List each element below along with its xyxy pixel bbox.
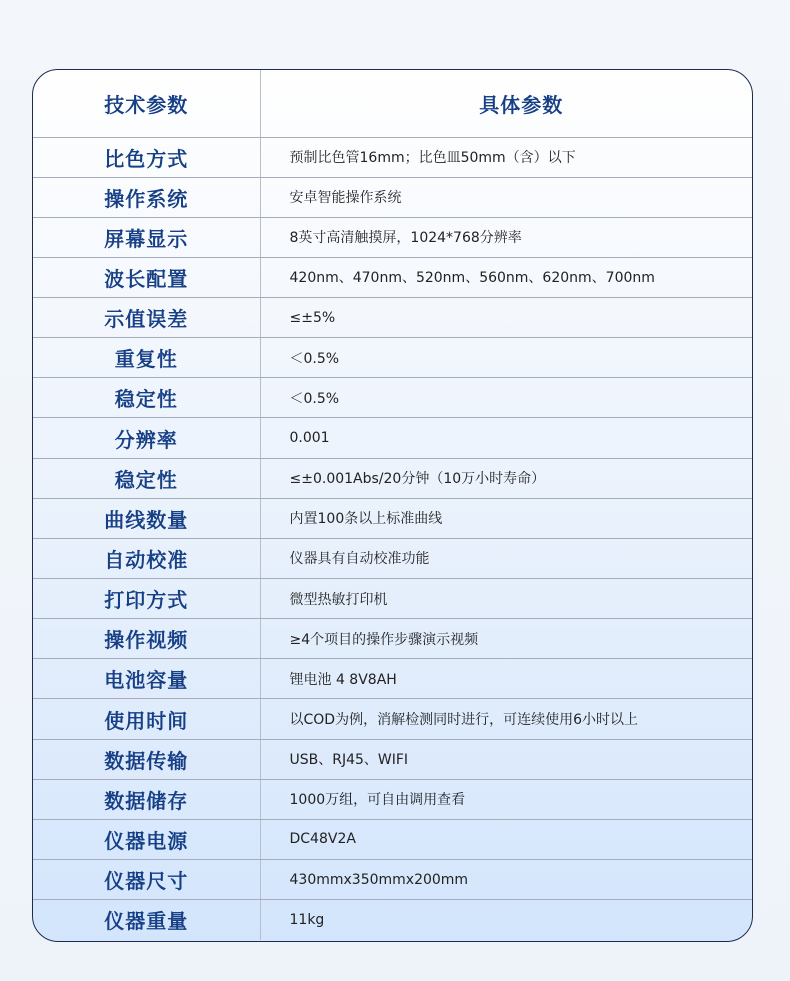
param-value: ≤±5% xyxy=(260,298,752,338)
table-row: 屏幕显示8英寸高清触摸屏，1024*768分辨率 xyxy=(33,217,752,257)
param-name: 示值误差 xyxy=(33,298,260,338)
param-name: 曲线数量 xyxy=(33,498,260,538)
param-name: 稳定性 xyxy=(33,378,260,418)
table-row: 操作系统安卓智能操作系统 xyxy=(33,177,752,217)
table-row: 稳定性＜0.5% xyxy=(33,378,752,418)
param-name: 操作视频 xyxy=(33,619,260,659)
param-value: 1000万组，可自由调用查看 xyxy=(260,779,752,819)
table-row: 操作视频≥4个项目的操作步骤演示视频 xyxy=(33,619,752,659)
param-value: 11kg xyxy=(260,900,752,940)
table-row: 仪器重量11kg xyxy=(33,900,752,940)
param-value: 内置100条以上标准曲线 xyxy=(260,498,752,538)
header-value: 具体参数 xyxy=(260,70,752,137)
param-value: 预制比色管16mm；比色皿50mm（含）以下 xyxy=(260,137,752,177)
param-value: 420nm、470nm、520nm、560nm、620nm、700nm xyxy=(260,257,752,297)
param-value: ≤±0.001Abs/20分钟（10万小时寿命） xyxy=(260,458,752,498)
param-name: 数据储存 xyxy=(33,779,260,819)
param-value: 仪器具有自动校准功能 xyxy=(260,538,752,578)
param-name: 使用时间 xyxy=(33,699,260,739)
param-name: 打印方式 xyxy=(33,579,260,619)
table-row: 曲线数量内置100条以上标准曲线 xyxy=(33,498,752,538)
table-row: 比色方式预制比色管16mm；比色皿50mm（含）以下 xyxy=(33,137,752,177)
table-row: 数据传输USB、RJ45、WIFI xyxy=(33,739,752,779)
param-name: 电池容量 xyxy=(33,659,260,699)
param-name: 操作系统 xyxy=(33,177,260,217)
param-name: 稳定性 xyxy=(33,458,260,498)
param-value: ＜0.5% xyxy=(260,378,752,418)
param-name: 仪器电源 xyxy=(33,819,260,859)
param-value: 以COD为例，消解检测同时进行，可连续使用6小时以上 xyxy=(260,699,752,739)
param-name: 自动校准 xyxy=(33,538,260,578)
param-name: 比色方式 xyxy=(33,137,260,177)
table-row: 电池容量锂电池 4 8V8AH xyxy=(33,659,752,699)
table-row: 重复性＜0.5% xyxy=(33,338,752,378)
table-row: 自动校准仪器具有自动校准功能 xyxy=(33,538,752,578)
table-row: 示值误差≤±5% xyxy=(33,298,752,338)
param-value: 0.001 xyxy=(260,418,752,458)
param-name: 重复性 xyxy=(33,338,260,378)
param-name: 波长配置 xyxy=(33,257,260,297)
table-row: 波长配置420nm、470nm、520nm、560nm、620nm、700nm xyxy=(33,257,752,297)
param-name: 屏幕显示 xyxy=(33,217,260,257)
table-row: 仪器电源DC48V2A xyxy=(33,819,752,859)
table-header-row: 技术参数 具体参数 xyxy=(33,70,752,137)
spec-table-card: 技术参数 具体参数 比色方式预制比色管16mm；比色皿50mm（含）以下 操作系… xyxy=(32,69,753,942)
param-name: 分辨率 xyxy=(33,418,260,458)
table-row: 稳定性≤±0.001Abs/20分钟（10万小时寿命） xyxy=(33,458,752,498)
table-row: 分辨率0.001 xyxy=(33,418,752,458)
table-row: 使用时间以COD为例，消解检测同时进行，可连续使用6小时以上 xyxy=(33,699,752,739)
param-value: 8英寸高清触摸屏，1024*768分辨率 xyxy=(260,217,752,257)
param-value: 430mmx350mmx200mm xyxy=(260,860,752,900)
header-param: 技术参数 xyxy=(33,70,260,137)
table-row: 仪器尺寸430mmx350mmx200mm xyxy=(33,860,752,900)
param-value: 安卓智能操作系统 xyxy=(260,177,752,217)
param-name: 数据传输 xyxy=(33,739,260,779)
table-row: 打印方式微型热敏打印机 xyxy=(33,579,752,619)
param-value: ≥4个项目的操作步骤演示视频 xyxy=(260,619,752,659)
param-value: 锂电池 4 8V8AH xyxy=(260,659,752,699)
param-value: ＜0.5% xyxy=(260,338,752,378)
table-row: 数据储存1000万组，可自由调用查看 xyxy=(33,779,752,819)
param-name: 仪器重量 xyxy=(33,900,260,940)
param-value: DC48V2A xyxy=(260,819,752,859)
spec-table: 技术参数 具体参数 比色方式预制比色管16mm；比色皿50mm（含）以下 操作系… xyxy=(33,70,752,940)
param-value: USB、RJ45、WIFI xyxy=(260,739,752,779)
param-value: 微型热敏打印机 xyxy=(260,579,752,619)
param-name: 仪器尺寸 xyxy=(33,860,260,900)
